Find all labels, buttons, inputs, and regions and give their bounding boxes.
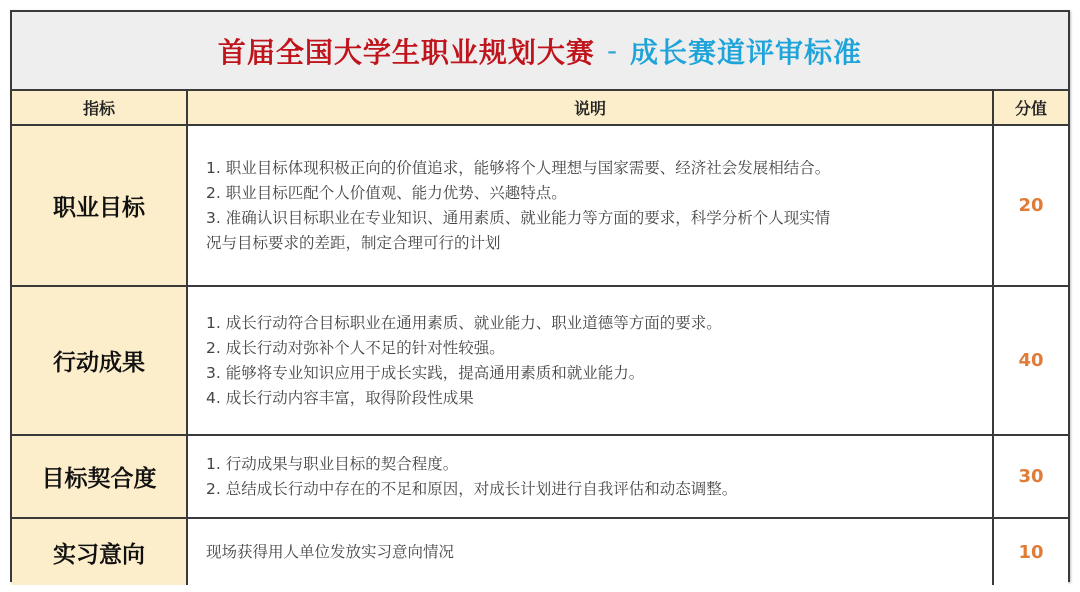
header-indicator: 指标 [12,91,188,124]
table-row: 行动成果 1. 成长行动符合目标职业在通用素质、就业能力、职业道德等方面的要求。… [12,287,1068,436]
description-cell: 现场获得用人单位发放实习意向情况 [188,519,994,585]
description-line: 2. 总结成长行动中存在的不足和原因，对成长计划进行自我评估和动态调整。 [206,477,737,502]
description-text: 1. 成长行动符合目标职业在通用素质、就业能力、职业道德等方面的要求。 2. 成… [206,311,722,411]
score-value: 10 [1018,542,1043,563]
description-text: 1. 职业目标体现积极正向的价值追求，能够将个人理想与国家需要、经济社会发展相结… [206,156,830,256]
table-title: 首届全国大学生职业规划大赛 - 成长赛道评审标准 [12,12,1068,91]
indicator-label: 行动成果 [53,344,145,377]
indicator-cell: 职业目标 [12,126,188,285]
indicator-cell: 行动成果 [12,287,188,434]
title-main: 首届全国大学生职业规划大赛 [218,31,595,71]
criteria-table: 首届全国大学生职业规划大赛 - 成长赛道评审标准 指标 说明 分值 职业目标 1… [10,10,1070,582]
score-value: 20 [1018,195,1043,216]
description-line: 1. 职业目标体现积极正向的价值追求，能够将个人理想与国家需要、经济社会发展相结… [206,156,830,181]
table-row: 目标契合度 1. 行动成果与职业目标的契合程度。 2. 总结成长行动中存在的不足… [12,436,1068,519]
score-cell: 30 [994,436,1068,517]
description-cell: 1. 行动成果与职业目标的契合程度。 2. 总结成长行动中存在的不足和原因，对成… [188,436,994,517]
description-line: 1. 行动成果与职业目标的契合程度。 [206,452,737,477]
description-text: 现场获得用人单位发放实习意向情况 [206,540,454,565]
score-cell: 40 [994,287,1068,434]
description-line: 3. 准确认识目标职业在专业知识、通用素质、就业能力等方面的要求，科学分析个人现… [206,206,830,231]
indicator-label: 职业目标 [53,189,145,222]
header-description: 说明 [188,91,994,124]
description-line: 况与目标要求的差距，制定合理可行的计划 [206,231,830,256]
table-grid: 指标 说明 分值 职业目标 1. 职业目标体现积极正向的价值追求，能够将个人理想… [12,91,1068,585]
table-row: 职业目标 1. 职业目标体现积极正向的价值追求，能够将个人理想与国家需要、经济社… [12,126,1068,287]
description-line: 3. 能够将专业知识应用于成长实践，提高通用素质和就业能力。 [206,361,722,386]
score-value: 40 [1018,350,1043,371]
description-line: 2. 成长行动对弥补个人不足的针对性较强。 [206,336,722,361]
score-value: 30 [1018,466,1043,487]
description-line: 4. 成长行动内容丰富，取得阶段性成果 [206,386,722,411]
description-line: 现场获得用人单位发放实习意向情况 [206,540,454,565]
title-sub: 成长赛道评审标准 [630,31,862,71]
description-line: 1. 成长行动符合目标职业在通用素质、就业能力、职业道德等方面的要求。 [206,311,722,336]
indicator-label: 实习意向 [53,536,145,569]
indicator-cell: 实习意向 [12,519,188,585]
description-text: 1. 行动成果与职业目标的契合程度。 2. 总结成长行动中存在的不足和原因，对成… [206,452,737,502]
table-header-row: 指标 说明 分值 [12,91,1068,126]
score-cell: 10 [994,519,1068,585]
title-separator: - [607,34,618,67]
indicator-label: 目标契合度 [42,460,157,493]
indicator-cell: 目标契合度 [12,436,188,517]
description-line: 2. 职业目标匹配个人价值观、能力优势、兴趣特点。 [206,181,830,206]
description-cell: 1. 成长行动符合目标职业在通用素质、就业能力、职业道德等方面的要求。 2. 成… [188,287,994,434]
table-row: 实习意向 现场获得用人单位发放实习意向情况 10 [12,519,1068,585]
header-score: 分值 [994,91,1068,124]
score-cell: 20 [994,126,1068,285]
description-cell: 1. 职业目标体现积极正向的价值追求，能够将个人理想与国家需要、经济社会发展相结… [188,126,994,285]
